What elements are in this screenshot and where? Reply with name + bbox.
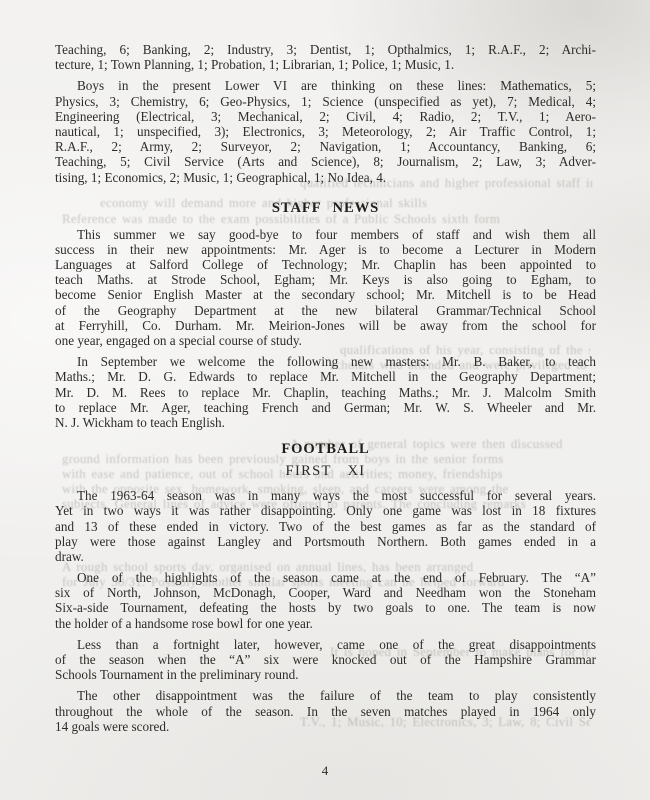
section-heading-football: FOOTBALL	[55, 440, 596, 458]
page-number: 4	[0, 763, 650, 779]
section-heading-firstxi: FIRST XI	[55, 462, 596, 480]
section-heading-staff: STAFF NEWS	[55, 199, 596, 217]
text-line: and 13 of these ended in victory. Two of…	[55, 519, 596, 534]
text-line: the holder of a handsome rose bowl for o…	[55, 616, 596, 631]
paragraph: Boys in the present Lower VI are thinkin…	[55, 78, 596, 184]
text-line: In September we welcome the following ne…	[55, 354, 596, 369]
paragraph: This summer we say good-bye to four memb…	[55, 227, 596, 349]
text-line: R.A.F., 2; Army, 2; Surveyor, 2; Navigat…	[55, 139, 596, 154]
paragraph: The 1963-64 season was in many ways the …	[55, 488, 596, 564]
scanned-document-page: qualified technicians and higher profess…	[0, 0, 650, 800]
text-line: Boys in the present Lower VI are thinkin…	[55, 78, 596, 93]
text-line: N. J. Wickham to teach English.	[55, 415, 596, 430]
paragraph: One of the highlights of the season came…	[55, 570, 596, 631]
text-line: The 1963-64 season was in many ways the …	[55, 488, 596, 503]
text-line: success in their new appointments: Mr. A…	[55, 242, 596, 257]
paragraph: Teaching, 6; Banking, 2; Industry, 3; De…	[55, 42, 596, 72]
text-line: at Ferryhill, Co. Durham. Mr. Meirion-Jo…	[55, 318, 596, 333]
text-line: This summer we say good-bye to four memb…	[55, 227, 596, 242]
text-line: draw.	[55, 549, 596, 564]
text-line: The other disappointment was the failure…	[55, 688, 596, 703]
text-line: one year, engaged on a special course of…	[55, 333, 596, 348]
text-line: tising, 1; Economics, 2; Music, 1; Geogr…	[55, 170, 596, 185]
text-line: One of the highlights of the season came…	[55, 570, 596, 585]
text-line: Six-a-side Tournament, defeating the hos…	[55, 600, 596, 615]
text-line: nautical, 1; unspecified, 3); Electronic…	[55, 124, 596, 139]
text-block: Teaching, 6; Banking, 2; Industry, 3; De…	[55, 42, 596, 740]
text-line: Languages at Salford College of Technolo…	[55, 257, 596, 272]
paragraph: The other disappointment was the failure…	[55, 688, 596, 734]
text-line: 14 goals were scored.	[55, 719, 596, 734]
text-line: throughout the whole of the season. In t…	[55, 704, 596, 719]
text-line: Teaching, 5; Civil Service (Arts and Sci…	[55, 154, 596, 169]
paragraph: Less than a fortnight later, however, ca…	[55, 637, 596, 683]
text-line: Schools Tournament in the preliminary ro…	[55, 667, 596, 682]
text-line: to replace Mr. Ager, teaching French and…	[55, 400, 596, 415]
text-line: teach Maths. at Strode School, Egham; Mr…	[55, 272, 596, 287]
paragraph: In September we welcome the following ne…	[55, 354, 596, 430]
text-line: Maths.; Mr. D. G. Edwards to replace Mr.…	[55, 369, 596, 384]
text-line: of the Geography Department at the new b…	[55, 303, 596, 318]
text-line: Teaching, 6; Banking, 2; Industry, 3; De…	[55, 42, 596, 57]
text-line: Mr. D. M. Rees to replace Mr. Chaplin, t…	[55, 385, 596, 400]
text-line: six of North, Johnson, McDonagh, Cooper,…	[55, 585, 596, 600]
text-line: Engineering (Electrical, 3; Mechanical, …	[55, 109, 596, 124]
text-line: Yet in two ways it was rather disappoint…	[55, 503, 596, 518]
text-line: play were those against Langley and Port…	[55, 534, 596, 549]
text-line: Physics, 3; Chemistry, 6; Geo-Physics, 1…	[55, 94, 596, 109]
text-line: Less than a fortnight later, however, ca…	[55, 637, 596, 652]
text-line: of the season when the “A” six were knoc…	[55, 652, 596, 667]
text-line: become Senior English Master at the seco…	[55, 287, 596, 302]
text-line: tecture, 1; Town Planning, 1; Probation,…	[55, 57, 596, 72]
